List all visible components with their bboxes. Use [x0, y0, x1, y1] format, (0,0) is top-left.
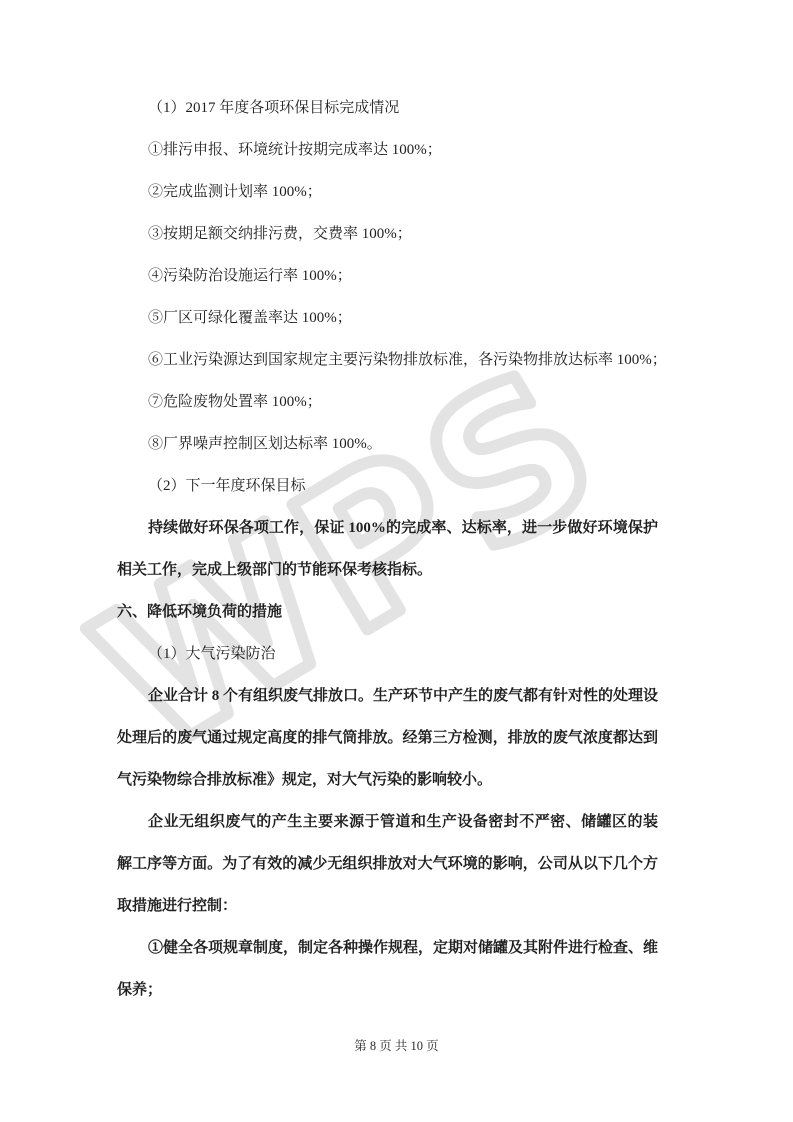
- para-organized-emission-line: 气污染物综合排放标准》规定，对大气污染的影响较小。: [117, 759, 658, 801]
- goal-item-3: ③按期足额交纳排污费，交费率 100%；: [117, 213, 658, 255]
- para-organized-emission-line: 处理后的废气通过规定高度的排气筒排放。经第三方检测，排放的废气浓度都达到《大: [117, 717, 658, 759]
- para-measure-1-line: 保养；: [117, 969, 658, 1011]
- heading-air-pollution: （1）大气污染防治: [117, 633, 658, 675]
- goal-item-5: ⑤厂区可绿化覆盖率达 100%；: [117, 297, 658, 339]
- para-fugitive-emission-line: 取措施进行控制：: [117, 885, 658, 927]
- para-measure-1-line: ①健全各项规章制度，制定各种操作规程，定期对储罐及其附件进行检查、维护和: [117, 927, 658, 969]
- goal-item-6: ⑥工业污染源达到国家规定主要污染物排放标准，各污染物排放达标率 100%；: [117, 339, 658, 381]
- para-continue-work-line: 相关工作，完成上级部门的节能环保考核指标。: [117, 549, 658, 591]
- para-fugitive-emission-line: 企业无组织废气的产生主要来源于管道和生产设备密封不严密、储罐区的装卸、电: [117, 801, 658, 843]
- goal-item-7: ⑦危险废物处置率 100%；: [117, 381, 658, 423]
- body-text: （1）2017 年度各项环保目标完成情况 ①排污申报、环境统计按期完成率达 10…: [117, 87, 658, 1011]
- goal-item-1: ①排污申报、环境统计按期完成率达 100%；: [117, 129, 658, 171]
- goal-item-8: ⑧厂界噪声控制区划达标率 100%。: [117, 423, 658, 465]
- heading-section-6: 六、降低环境负荷的措施: [117, 591, 658, 633]
- document-page: WPS （1）2017 年度各项环保目标完成情况 ①排污申报、环境统计按期完成率…: [0, 0, 793, 1122]
- heading-next-year-goals: （2）下一年度环保目标: [117, 465, 658, 507]
- para-organized-emission-line: 企业合计 8 个有组织废气排放口。生产环节中产生的废气都有针对性的处理设施，: [117, 675, 658, 717]
- goal-item-2: ②完成监测计划率 100%；: [117, 171, 658, 213]
- heading-2017-goals: （1）2017 年度各项环保目标完成情况: [117, 87, 658, 129]
- goal-item-4: ④污染防治设施运行率 100%；: [117, 255, 658, 297]
- page-footer: 第 8 页 共 10 页: [0, 1036, 793, 1056]
- para-continue-work-line: 持续做好环保各项工作，保证 100%的完成率、达标率，进一步做好环境保护管理: [117, 507, 658, 549]
- para-fugitive-emission-line: 解工序等方面。为了有效的减少无组织排放对大气环境的影响，公司从以下几个方面采: [117, 843, 658, 885]
